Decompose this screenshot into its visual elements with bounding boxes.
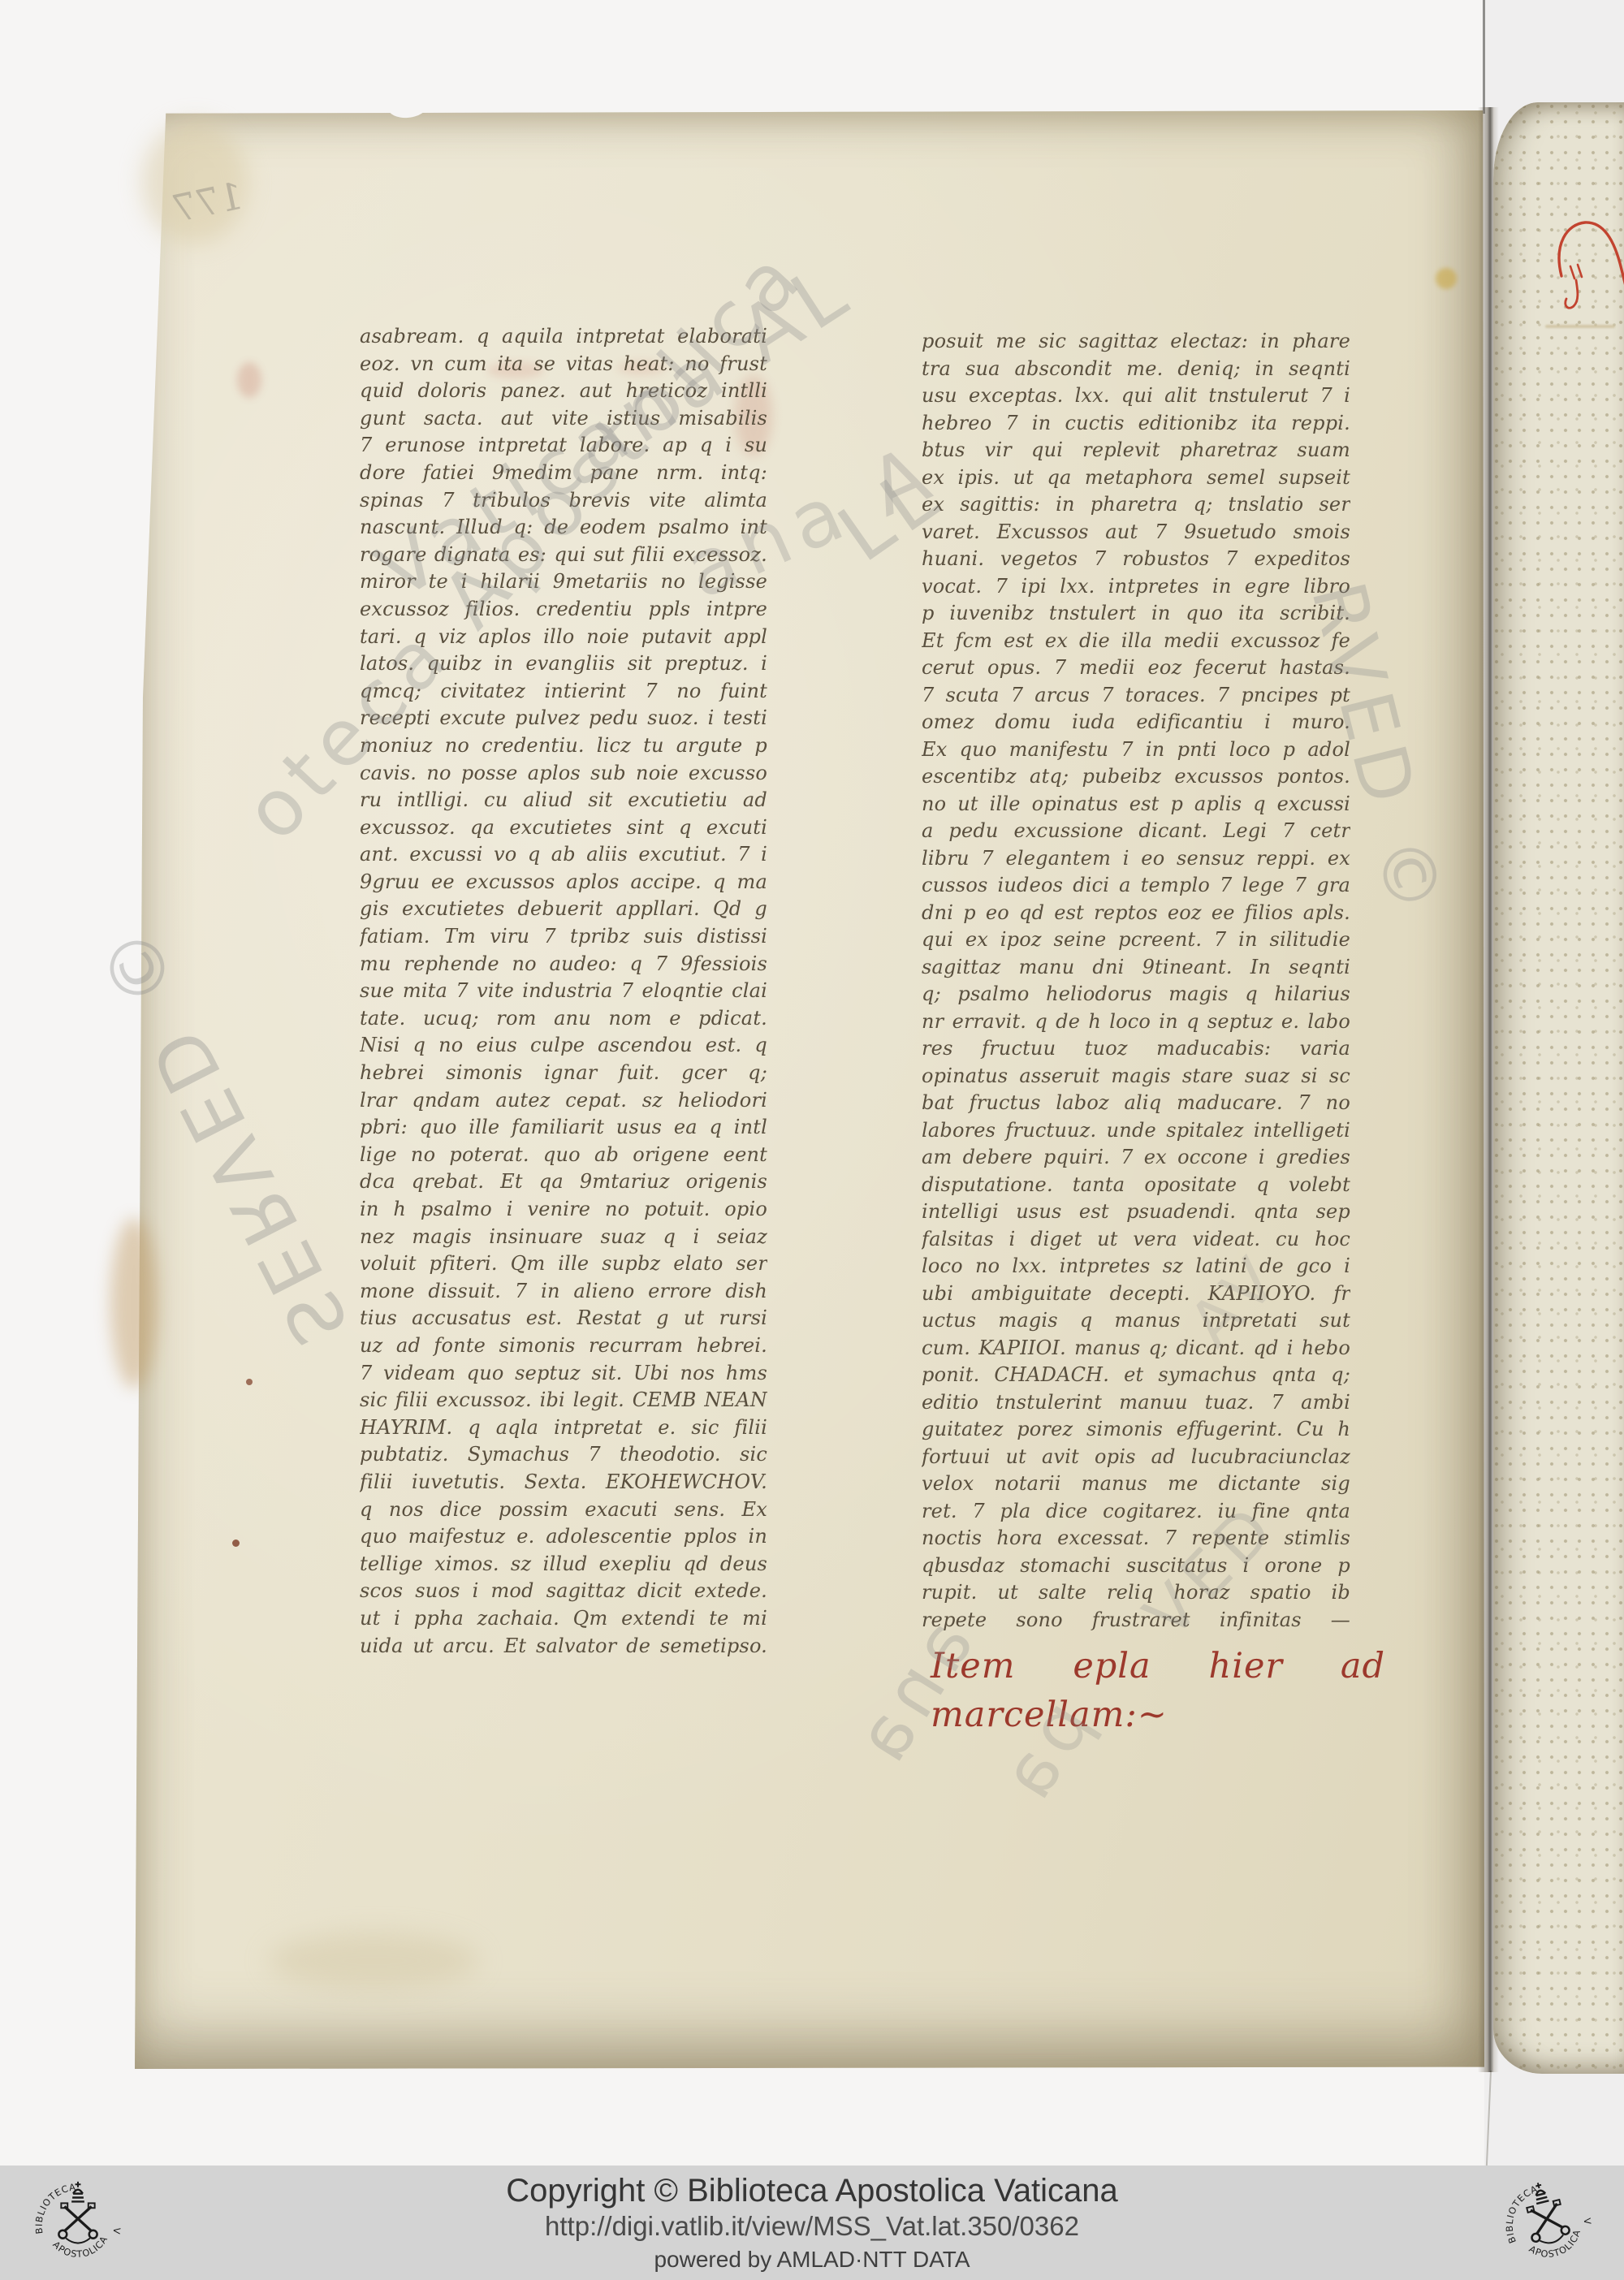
manuscript-line: loco no lxx. intpretes sz latini de gco …	[922, 1253, 1350, 1280]
manuscript-line: gunt sacta. aut vite istius misabilis	[360, 405, 767, 433]
manuscript-line: uctus magis q manus intpretati sut	[922, 1307, 1350, 1335]
manuscript-line: asabream. q aquila intpretat elaborati	[360, 323, 767, 351]
svg-text:APOSTOLICA: APOSTOLICA	[1524, 2226, 1588, 2265]
manuscript-line: qui ex ipoz seine pcreent. 7 in silitudi…	[922, 926, 1350, 954]
manuscript-line: pbri: quo ille familiarit usus ea q intl	[360, 1114, 767, 1142]
manuscript-line: tari. q viz aplos illo noie putavit appl	[360, 624, 767, 651]
manuscript-line: qbusdaz stomachi suscitatus i orone p	[922, 1552, 1350, 1580]
manuscript-line: Ex quo manifestu 7 in pnti loco p adol	[922, 736, 1350, 764]
manuscript-line: sue mita 7 vite industria 7 eloqntie cla…	[360, 978, 767, 1005]
footer-powered-by: powered by AMLAD·NTT DATA	[0, 2243, 1624, 2276]
manuscript-line: cussos iudeos dici a templo 7 lege 7 gra	[922, 872, 1350, 900]
manuscript-line: falsitas i diget ut vera videat. cu hoc	[922, 1226, 1350, 1254]
book-gutter-seam-top	[1483, 0, 1485, 114]
manuscript-line: disputatione. tanta opositate q volebt	[922, 1172, 1350, 1199]
manuscript-line: filii iuvetutis. Sexta. EKOHEWCHOV.	[360, 1469, 767, 1496]
manuscript-line: q nos dice possim exacuti sens. Ex	[360, 1496, 767, 1524]
manuscript-line: quid doloris panez. aut hreticoz intlli	[360, 378, 767, 405]
svg-text:BIBLIOTECA: BIBLIOTECA	[1495, 2183, 1549, 2245]
scratch-mark	[1545, 325, 1615, 328]
manuscript-line: 9gruu ee excussos aplos accipe. q ma	[360, 869, 767, 896]
manuscript-line: bat fructus laboz aliq maducare. 7 no	[922, 1090, 1350, 1117]
manuscript-line: Nisi q no eius culpe ascendou est. q	[360, 1032, 767, 1060]
manuscript-line: hebreo 7 in cuctis editionibz ita reppi.	[922, 410, 1350, 438]
manuscript-line: cerut opus. 7 medii eoz fecerut hastas.	[922, 654, 1350, 682]
text-column-right: posuit me sic sagittaz electaz: in phare…	[922, 328, 1350, 1634]
manuscript-line: rogare dignata es: qui sut filii excesso…	[360, 542, 767, 569]
manuscript-line: ant. excussi vo q ab aliis excutiut. 7 i	[360, 841, 767, 869]
manuscript-line: velox notarii manus me dictante sig	[922, 1470, 1350, 1498]
manuscript-line: ut i ppha zachaia. Qm extendi te mi	[360, 1605, 767, 1633]
manuscript-line: quo maifestuz e. adolescentie pplos in	[360, 1523, 767, 1551]
manuscript-line: hebrei simonis ignar fuit. gcer q;	[360, 1060, 767, 1087]
manuscript-line: fatiam. Tm viru 7 tpribz suis distissi	[360, 923, 767, 951]
manuscript-line: dca qrebat. Et qa 9mtariuz origenis	[360, 1168, 767, 1196]
manuscript-line: excussoz. qa excutietes sint q excuti	[360, 814, 767, 842]
manuscript-line: ex ipis. ut qa metaphora semel supseit	[922, 464, 1350, 492]
manuscript-line: in h psalmo i venire no potuit. opio	[360, 1196, 767, 1224]
manuscript-line: excussoz filios. credentiu ppls intpre	[360, 596, 767, 624]
manuscript-line: omez domu iuda edificantiu i muro.	[922, 709, 1350, 736]
manuscript-line: posuit me sic sagittaz electaz: in phare	[922, 328, 1350, 356]
manuscript-line: a pedu excussione dicant. Legi 7 cetr	[922, 818, 1350, 845]
manuscript-line: am debere pquiri. 7 ex occone i gredies	[922, 1144, 1350, 1172]
red-rubric-line: Item epla hier ad marcellam:~	[931, 1642, 1385, 1739]
manuscript-line: recepti excute pulvez pedu suoz. i testi	[360, 705, 767, 732]
manuscript-line: btus vir qui replevit pharetraz suam	[922, 437, 1350, 464]
manuscript-line: dore fatiei 9medim pane nrm. intq:	[360, 460, 767, 487]
manuscript-line: huani. vegetos 7 robustos 7 expeditos	[922, 546, 1350, 573]
manuscript-line: cum. KAPIIOI. manus q; dicant. qd i hebo	[922, 1335, 1350, 1362]
manuscript-line: tellige ximos. sz illud exepliu qd deus	[360, 1551, 767, 1578]
digitized-manuscript-viewer: 177 asabream. q aquila intpretat elabora…	[0, 0, 1624, 2280]
manuscript-line: varet. Excussos aut 7 9suetudo smois	[922, 519, 1350, 546]
manuscript-line: voluit pfiteri. Qm ille supbz elato ser	[360, 1250, 767, 1278]
manuscript-line: opinatus asseruit magis stare suaz si sc	[922, 1063, 1350, 1090]
manuscript-line: 7 erunose intpretat labore. ap q i su	[360, 432, 767, 460]
facing-page-edge	[1493, 102, 1624, 2074]
manuscript-line: Et fcm est ex die illa medii excussoz fe	[922, 628, 1350, 655]
manuscript-line: mone dissuit. 7 in alieno errore dish	[360, 1278, 767, 1306]
manuscript-line: sagittaz manu dni 9tineant. In seqnti	[922, 954, 1350, 982]
manuscript-line: editio tnstulerint manuu tuaz. 7 ambi	[922, 1389, 1350, 1417]
manuscript-line: spinas 7 tribulos brevis vite alimta	[360, 487, 767, 515]
manuscript-line: usu exceptas. lxx. qui alit tnstulerut 7…	[922, 382, 1350, 410]
manuscript-line: tate. ucuq; rom anu nom e pdicat.	[360, 1005, 767, 1033]
manuscript-line: sic filii excussoz. ibi legit. CEMB NEAN	[360, 1387, 767, 1414]
manuscript-line: nez magis insinuare suaz q i seiaz	[360, 1224, 767, 1251]
manuscript-line: ubi ambiguitate decepti. KAPIIOYO. fr	[922, 1280, 1350, 1308]
vatican-library-seal-left: BIBLIOTECA VATICANA APOSTOLICA	[30, 2174, 126, 2270]
manuscript-line: pubtatiz. Symachus 7 theodotio. sic	[360, 1441, 767, 1469]
manuscript-line: labores fructuuz. unde spitalez intellig…	[922, 1117, 1350, 1145]
manuscript-line: latos. quibz in evangliis sit preptuz. i	[360, 650, 767, 678]
manuscript-line: gis excutietes debuerit appllari. Qd g	[360, 896, 767, 923]
footer-bar: Copyright © Biblioteca Apostolica Vatica…	[0, 2166, 1624, 2280]
manuscript-line: rupit. ut salte reliq horaz spatio ib	[922, 1579, 1350, 1607]
manuscript-line: moniuz no credentiu. licz tu argute p	[360, 732, 767, 760]
manuscript-line: res fructuu tuoz maducabis: varia	[922, 1035, 1350, 1063]
footer-texts: Copyright © Biblioteca Apostolica Vatica…	[0, 2166, 1624, 2280]
manuscript-line: miror te i hilarii 9metariis no legisse	[360, 568, 767, 596]
manuscript-line: ex sagittis: in pharetra q; tnslatio ser	[922, 491, 1350, 519]
manuscript-line: ret. 7 pla dice cogitarez. iu fine qnta	[922, 1498, 1350, 1526]
manuscript-line: escentibz atq; pubeibz excussos pontos.	[922, 763, 1350, 791]
manuscript-line: noctis hora excessat. 7 repente stimlis	[922, 1525, 1350, 1552]
manuscript-line: 7 videam quo septuz sit. Ubi nos hms	[360, 1360, 767, 1388]
manuscript-line: ponit. CHADACH. et symachus qnta q;	[922, 1362, 1350, 1389]
manuscript-line: no ut ille opinatus est p aplis q excuss…	[922, 791, 1350, 818]
manuscript-line: tra sua abscondit me. deniq; in seqnti	[922, 356, 1350, 383]
manuscript-line: lige no poterat. quo ab origene eent	[360, 1142, 767, 1169]
manuscript-line: tius accusatus est. Restat g ut rursi	[360, 1305, 767, 1332]
manuscript-line: eoz. vn cum ita se vitas heat: no frust	[360, 351, 767, 378]
manuscript-line: uz ad fonte simonis recurram hebrei.	[360, 1332, 767, 1360]
manuscript-line: intelligi usus est psuadendi. qnta sep	[922, 1198, 1350, 1226]
manuscript-line: scos suos i mod sagittaz dicit extede.	[360, 1578, 767, 1605]
manuscript-line: nascunt. Illud q: de eodem psalmo int	[360, 514, 767, 542]
footer-url: http://digi.vatlib.it/view/MSS_Vat.lat.3…	[0, 2209, 1624, 2243]
manuscript-line: nr erravit. q de h loco in q septuz e. l…	[922, 1008, 1350, 1036]
manuscript-line: cavis. no posse aplos sub noie excusso	[360, 760, 767, 788]
manuscript-line: q; psalmo heliodorus magis q hilarius	[922, 981, 1350, 1008]
footer-copyright: Copyright © Biblioteca Apostolica Vatica…	[0, 2166, 1624, 2209]
red-ink-doodle	[1543, 209, 1624, 323]
manuscript-line: vocat. 7 ipi lxx. intpretes in egre libr…	[922, 573, 1350, 601]
manuscript-line: dni p eo qd est reptos eoz ee filios apl…	[922, 900, 1350, 927]
manuscript-line: 7 scuta 7 arcus 7 toraces. 7 pncipes pt	[922, 682, 1350, 710]
manuscript-line: libru 7 elegantem i eo sensuz reppi. ex	[922, 845, 1350, 873]
manuscript-line: ru intlligi. cu aliud sit excutietiu ad	[360, 787, 767, 814]
manuscript-line: guitatez porez simonis effugerint. Cu h	[922, 1416, 1350, 1444]
text-column-left: asabream. q aquila intpretat elaboratieo…	[360, 323, 767, 1660]
manuscript-line: p iuvenibz tnstulert in quo ita scribit.	[922, 600, 1350, 628]
manuscript-line: HAYRIM. q aqla intpretat e. sic filii	[360, 1414, 767, 1442]
manuscript-line: lrar qndam autez cepat. sz heliodori	[360, 1087, 767, 1115]
manuscript-line: uida ut arcu. Et salvator de semetipso.	[360, 1633, 767, 1660]
manuscript-line: repete sono frustraret infinitas —	[922, 1607, 1350, 1634]
manuscript-line: fortuui ut avit opis ad lucubraciunclaz	[922, 1444, 1350, 1471]
manuscript-line: qmcq; civitatez intierint 7 no fuint	[360, 678, 767, 706]
manuscript-line: mu rephende no audeo: q 7 9fessiois	[360, 951, 767, 978]
